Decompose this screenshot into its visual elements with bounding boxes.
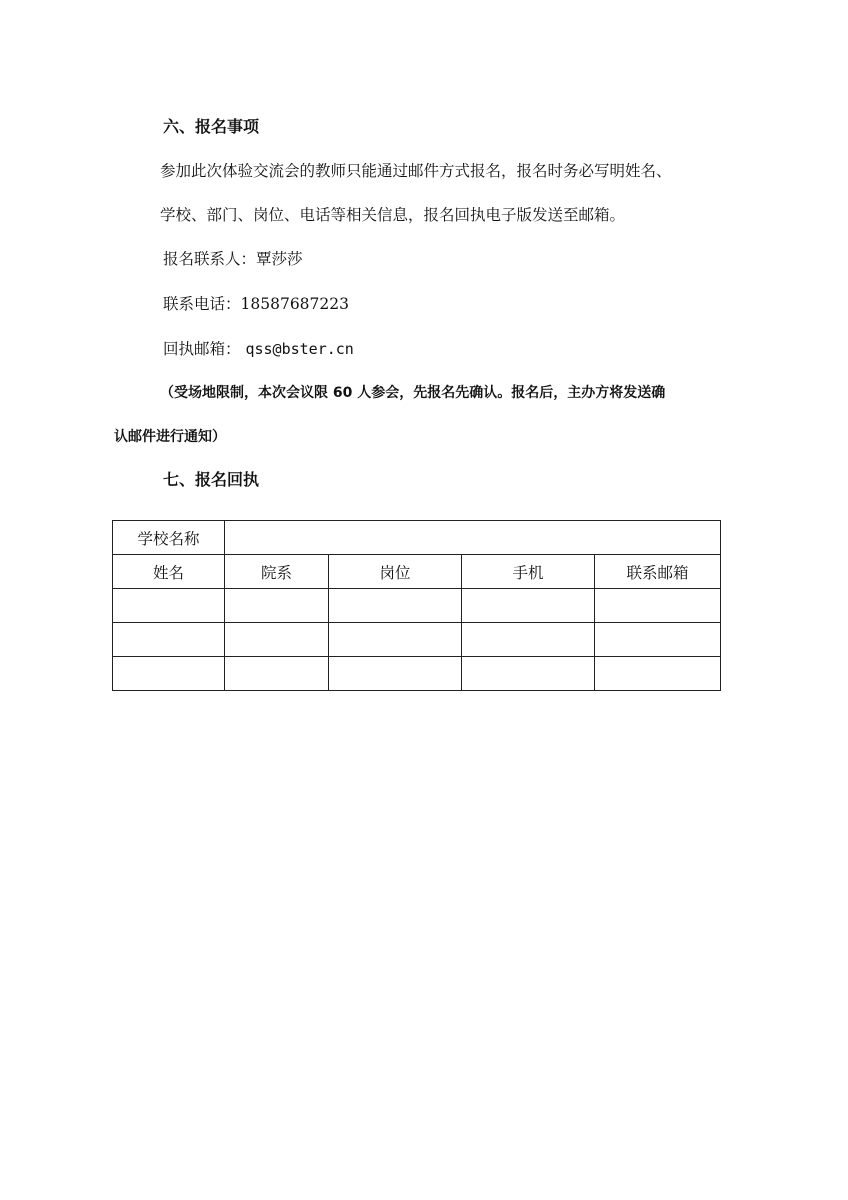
- phone-number: 18587687223: [241, 295, 349, 313]
- registration-form-table: 学校名称 姓名 院系 岗位 手机 联系邮箱: [112, 520, 721, 691]
- column-header-department: 院系: [225, 555, 329, 589]
- position-cell[interactable]: [329, 589, 462, 623]
- capacity-note-line-1: （受场地限制，本次会议限 60 人参会，先报名先确认。报名后，主办方将发送确: [160, 383, 665, 403]
- email-address: qss@bster.cn: [245, 340, 353, 358]
- registration-paragraph-line-2: 学校、部门、岗位、电话等相关信息，报名回执电子版发送至邮箱。: [160, 205, 625, 225]
- school-row: 学校名称: [113, 521, 721, 555]
- column-header-position: 岗位: [329, 555, 462, 589]
- mobile-cell[interactable]: [462, 623, 595, 657]
- mobile-cell[interactable]: [462, 589, 595, 623]
- table-row: [113, 657, 721, 691]
- name-cell[interactable]: [113, 589, 225, 623]
- school-name-field[interactable]: [225, 521, 721, 555]
- name-cell[interactable]: [113, 657, 225, 691]
- email-cell[interactable]: [595, 589, 721, 623]
- position-cell[interactable]: [329, 657, 462, 691]
- contact-person: 报名联系人：覃莎莎: [163, 249, 303, 269]
- name-cell[interactable]: [113, 623, 225, 657]
- contact-name: 覃莎莎: [256, 250, 303, 268]
- department-cell[interactable]: [225, 589, 329, 623]
- mobile-cell[interactable]: [462, 657, 595, 691]
- contact-phone: 联系电话：18587687223: [163, 294, 349, 314]
- column-header-email: 联系邮箱: [595, 555, 721, 589]
- section-6-heading: 六、报名事项: [163, 117, 259, 137]
- email-label: 回执邮箱：: [163, 340, 241, 358]
- capacity-note-line-2: 认邮件进行通知）: [114, 427, 226, 447]
- column-header-mobile: 手机: [462, 555, 595, 589]
- contact-label: 报名联系人：: [163, 250, 256, 268]
- department-cell[interactable]: [225, 623, 329, 657]
- table-row: [113, 623, 721, 657]
- table-row: [113, 589, 721, 623]
- header-row: 姓名 院系 岗位 手机 联系邮箱: [113, 555, 721, 589]
- column-header-name: 姓名: [113, 555, 225, 589]
- section-7-heading: 七、报名回执: [163, 470, 259, 490]
- position-cell[interactable]: [329, 623, 462, 657]
- department-cell[interactable]: [225, 657, 329, 691]
- school-label: 学校名称: [113, 521, 225, 555]
- email-cell[interactable]: [595, 623, 721, 657]
- phone-label: 联系电话：: [163, 295, 241, 313]
- registration-paragraph-line-1: 参加此次体验交流会的教师只能通过邮件方式报名，报名时务必写明姓名、: [160, 161, 672, 181]
- reply-email: 回执邮箱： qss@bster.cn: [163, 339, 354, 359]
- email-cell[interactable]: [595, 657, 721, 691]
